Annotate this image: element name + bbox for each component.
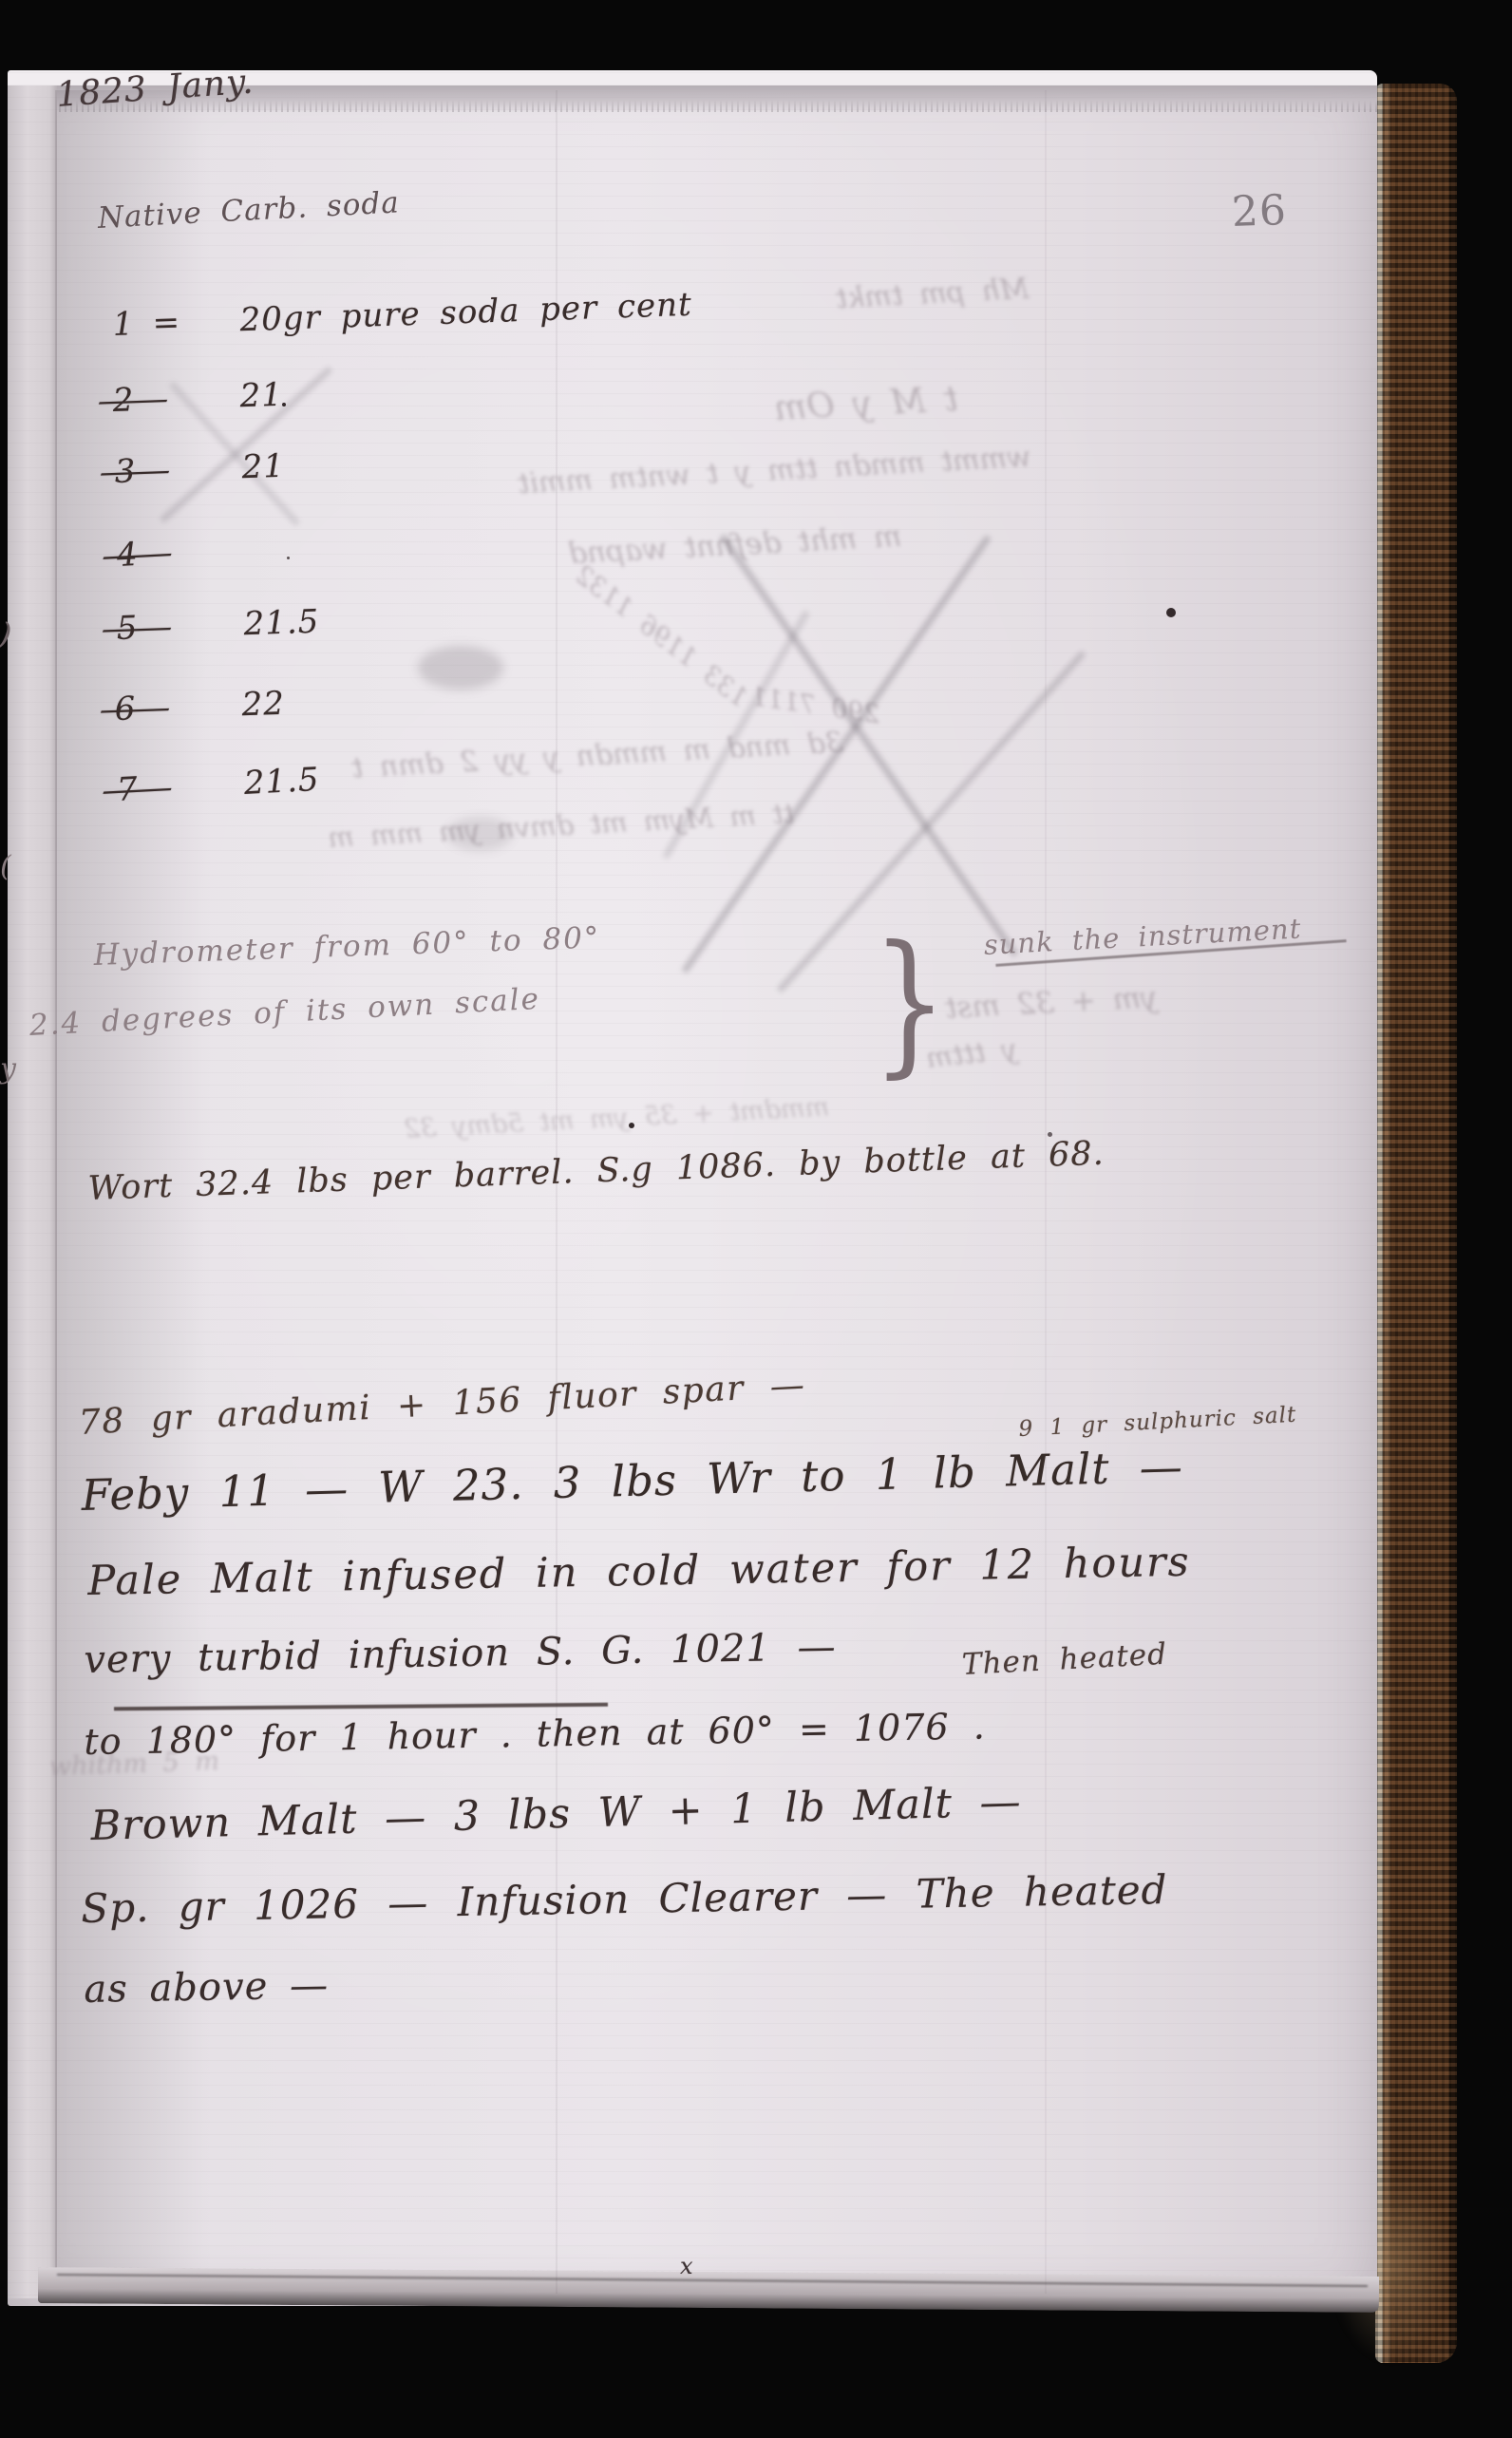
turbid-underlined-text: very turbid infusion <box>84 1631 510 1682</box>
row-separator: — <box>95 375 297 420</box>
paper-crease <box>556 90 558 2294</box>
soda-measurement-row: 3—21 <box>114 447 286 491</box>
row-separator: — <box>97 446 299 491</box>
as-above-line: as above — <box>84 1964 329 2012</box>
book-binding <box>1375 84 1457 2363</box>
ink-spot <box>629 1123 634 1128</box>
ink-spot <box>1166 608 1176 617</box>
bottom-x-mark: x <box>680 2253 694 2279</box>
brace-mark: } <box>872 914 949 1093</box>
row-separator: — <box>97 684 299 728</box>
soda-measurement-row: 4— <box>116 530 245 575</box>
pencil-smudge <box>446 817 513 851</box>
soda-measurement-row: 2—21 <box>112 376 284 420</box>
paper-crease <box>1045 90 1047 2294</box>
row-separator: — <box>99 603 301 648</box>
soda-measurement-row: 6—22 <box>114 685 286 728</box>
row-separator: = <box>152 301 240 342</box>
soda-measurement-row: 5—21.5 <box>116 603 320 648</box>
margin-mark: ( <box>0 850 12 883</box>
page-fore-edge <box>8 85 57 2298</box>
page-number: 26 <box>1231 186 1288 236</box>
margin-mark: y <box>0 1052 17 1086</box>
photograph-background: Mh pm tmkt t M y Om wmmt mmdn ttm y t wn… <box>0 0 1512 2438</box>
turbid-rest-text: S. G. 1021 — <box>510 1625 837 1674</box>
row-number: 1 <box>112 305 153 344</box>
pencil-smudge <box>418 646 503 690</box>
